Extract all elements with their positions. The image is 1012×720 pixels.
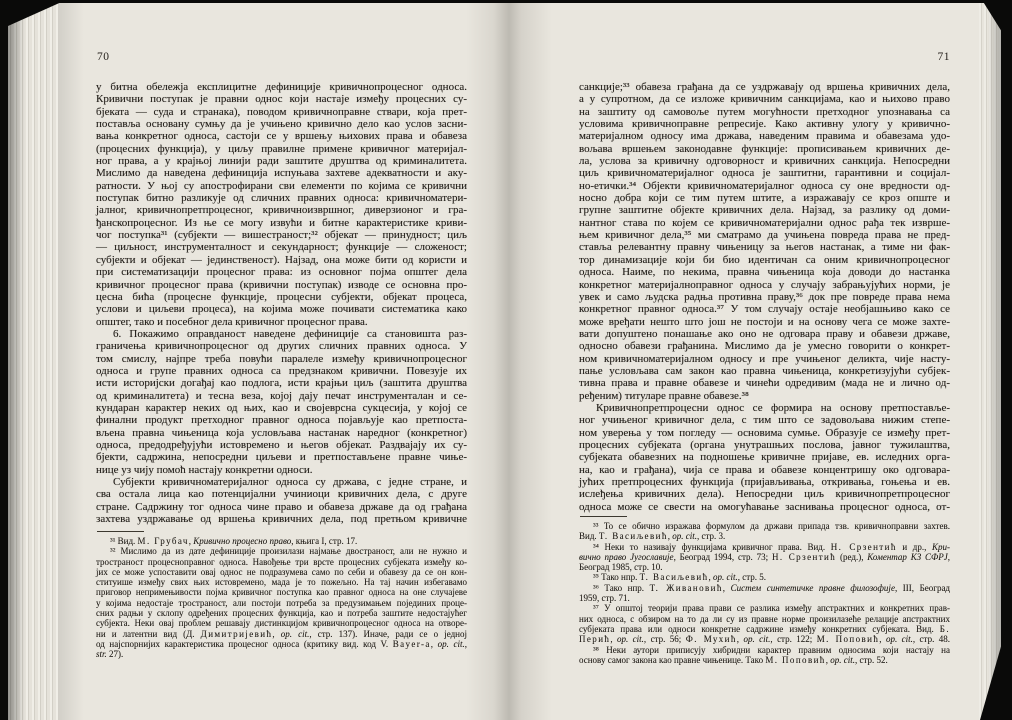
text-line: приговор непримењивости појма кривичног … bbox=[96, 587, 467, 597]
text-line: кундаран карактер неких од њих, као и св… bbox=[96, 402, 467, 414]
text-line: општег, тако и посебног дела кривичног п… bbox=[96, 316, 467, 328]
text-line: ислеђења кривичних дела). Непосредни циљ… bbox=[579, 488, 950, 500]
text-line: јалног, кривичнопретпроцесног, кривичнои… bbox=[96, 204, 467, 216]
text-line: вично право Југославије, Београд 1994, с… bbox=[579, 552, 950, 562]
text-line: 6. Покажимо оправданост наведене дефиниц… bbox=[96, 328, 467, 340]
text-line: односа. Наиме, по некима, правна чињениц… bbox=[579, 266, 950, 278]
text-line: у битна обележја експлицитне дефиниције … bbox=[96, 81, 467, 93]
text-line: субјеката обавезних на подношење кривичн… bbox=[579, 451, 950, 463]
text-line: ³³ То се обично изражава формулом да држ… bbox=[579, 521, 950, 531]
text-line: пање условљава сам закон као правна чиње… bbox=[579, 365, 950, 377]
text-line: ³⁴ Неки то називају функцијама кривичног… bbox=[579, 542, 950, 552]
text-line: основу самог закона као правне чињенице.… bbox=[579, 655, 950, 665]
text-line: вљена правна чињеница која условљава нас… bbox=[96, 427, 467, 439]
book-scan: 70 у битна обележја експлицитне дефиници… bbox=[0, 0, 1012, 720]
text-line: граничења кривичнопроцесног од других сл… bbox=[96, 340, 467, 352]
text-line: сва остала лица као потенцијални учиниоц… bbox=[96, 488, 467, 500]
text-line: ³⁶ Тако нпр. Т. Живановић, Систем синтет… bbox=[579, 583, 950, 593]
text-line: од најспорнијих карактеристика процесног… bbox=[96, 639, 467, 649]
text-line: ³⁸ Неки аутори приписују хибридни каракт… bbox=[579, 645, 950, 655]
text-line: материјалном односу има држава, наведени… bbox=[579, 130, 950, 142]
text-line: Кривичнопретпроцесни однос се формира на… bbox=[579, 402, 950, 414]
text-line: Београд 1985, стр. 10. bbox=[579, 562, 950, 572]
text-line: бјекти, садржина, непосредни циљеви и пр… bbox=[96, 451, 467, 463]
text-line: вања конкретног односа, састоји се у врш… bbox=[96, 130, 467, 142]
text-line: конкретног правног односа.³⁷ У том случа… bbox=[579, 303, 950, 315]
text-line: нантног става по којем се кривичноматери… bbox=[579, 217, 950, 229]
text-line: односно обавези грађанина. Мислимо да је… bbox=[579, 340, 950, 352]
page-stack-right-edge bbox=[979, 0, 1001, 720]
text-line: ³⁷ У општој теорији права прави се разли… bbox=[579, 603, 950, 613]
text-line: циљ кривичноматеријалног односа је зашти… bbox=[579, 167, 950, 179]
text-line: условима кривичноправне репресије. Како … bbox=[579, 118, 950, 130]
text-line: чог поступка³¹ (субјекти — вишестраност;… bbox=[96, 229, 467, 241]
text-line: вати допуштено понашање ако оно не одгов… bbox=[579, 328, 950, 340]
text-line: на заштиту од самовоље путем могућности … bbox=[579, 106, 950, 118]
page-right-footnotes: ³³ То се обично изражава формулом да држ… bbox=[579, 521, 950, 665]
page-number-left: 70 bbox=[97, 51, 110, 63]
scan-top-edge bbox=[0, 0, 1012, 3]
text-line: них односа, с обзиром на то да ли су из … bbox=[579, 614, 950, 624]
text-line: јих се може успоставити овај однос не по… bbox=[96, 567, 467, 577]
page-stack-left-edge bbox=[8, 0, 58, 720]
text-line: вољава вршењем законодавне функције: про… bbox=[579, 143, 950, 155]
text-line: односа и групе правних односа са предзна… bbox=[96, 365, 467, 377]
text-line: ституише између свих њих истовремено, ма… bbox=[96, 577, 467, 587]
text-line: од криминалитета) и тесна веза, којој да… bbox=[96, 390, 467, 402]
text-line: ног права, а у крајњој линији ради зашти… bbox=[96, 155, 467, 167]
text-line: ла, услова за кривичну одговорност и кри… bbox=[579, 155, 950, 167]
text-line: str. 27). bbox=[96, 649, 467, 659]
text-line: јућих претпроцесних функција (пријављива… bbox=[579, 476, 950, 488]
text-line: Мислимо да наведена дефиниција испуњава … bbox=[96, 167, 467, 179]
text-line: тивна права и правне обавезе и чинећи од… bbox=[579, 377, 950, 389]
text-line: у којима недостаје тространост, али пост… bbox=[96, 598, 467, 608]
text-line: ³⁵ Тако нпр. Т. Васиљевић, op. cit., стр… bbox=[579, 572, 950, 582]
text-line: ног учињеног кривичног дела, с тим што с… bbox=[579, 414, 950, 426]
text-line: поставља основану сумњу да је учињено кр… bbox=[96, 118, 467, 130]
text-line: ном уверења у том погледу — основима сум… bbox=[579, 427, 950, 439]
text-line: ратности. У њој су апострофирани сви еле… bbox=[96, 180, 467, 192]
text-line: односа може се свести на омогућавање зас… bbox=[579, 501, 950, 513]
text-line: носно добра који се тим путем штите, а и… bbox=[579, 192, 950, 204]
text-line: санкције;³³ обавеза грађана да се уздржа… bbox=[579, 81, 950, 93]
text-line: ³¹ Вид. М. Грубач, Кривично процесно пра… bbox=[96, 536, 467, 546]
text-line: тор динамизације који би био идентичан с… bbox=[579, 254, 950, 266]
text-line: ђанскопроцесног. Из ње се могу извући и … bbox=[96, 217, 467, 229]
book-spread: 70 у битна обележја експлицитне дефиници… bbox=[8, 0, 1001, 720]
book-gutter bbox=[466, 0, 552, 720]
text-line: Вид. Т. Васиљевић, op. cit., стр. 3. bbox=[579, 531, 950, 541]
text-line: стране. Садржину тог односа чине право и… bbox=[96, 501, 467, 513]
text-line: захтева уздржавање од вршења кривичних д… bbox=[96, 513, 467, 525]
page-left-body-text: у битна обележја експлицитне дефиниције … bbox=[96, 81, 467, 525]
text-line: Перић, op. cit., стр. 56; Ф. Мухић, op. … bbox=[579, 634, 950, 644]
text-line: нице уз чију помоћ настају конкретни одн… bbox=[96, 464, 467, 476]
text-line: финални продукт претходног правног однос… bbox=[96, 414, 467, 426]
text-line: конкретног материјалноправног односа у с… bbox=[579, 279, 950, 291]
footnote-rule-left bbox=[97, 531, 144, 532]
text-line: субјекти и објекат — јединственост). Нај… bbox=[96, 254, 467, 266]
text-line: ређеним) титуларе правне обавезе.³⁸ bbox=[579, 390, 950, 402]
text-line: бјеката — суда и странака), поводом крив… bbox=[96, 106, 467, 118]
text-line: на, као и грађана), чија се права и обав… bbox=[579, 464, 950, 476]
text-line: (процесних функција), у циљу правилне пр… bbox=[96, 143, 467, 155]
text-line: кривичног процесног права (кривични пост… bbox=[96, 279, 467, 291]
text-line: услови и циљеви процеса), на којима може… bbox=[96, 303, 467, 315]
text-line: при систематизацији процесног права: из … bbox=[96, 266, 467, 278]
footnote-rule-right bbox=[580, 516, 627, 517]
text-line: ни и латентни вид (Д. Димитријевић, op. … bbox=[96, 629, 467, 639]
page-right-body-text: санкције;³³ обавеза грађана да се уздржа… bbox=[579, 81, 950, 513]
text-line: увек и само људска радња противна праву,… bbox=[579, 291, 950, 303]
text-line: цесна бића (процесне функције, процесни … bbox=[96, 291, 467, 303]
text-line: исти историјски догађај као подлога, ист… bbox=[96, 377, 467, 389]
text-line: групне заштитне објекте кривичних дела. … bbox=[579, 204, 950, 216]
text-line: ставља релевантну правну чињеницу за њег… bbox=[579, 241, 950, 253]
page-left-footnotes: ³¹ Вид. М. Грубач, Кривично процесно пра… bbox=[96, 536, 467, 660]
page-number-right: 71 bbox=[938, 51, 951, 63]
text-line: тространост процесноправног односа. Наво… bbox=[96, 557, 467, 567]
text-line: Кривични поступак је правни однос који н… bbox=[96, 93, 467, 105]
text-line: ³² Мислимо да из дате дефиниције произил… bbox=[96, 546, 467, 556]
text-line: том смислу, најпре треба повући паралеле… bbox=[96, 353, 467, 365]
text-line: сних радњи у склопу одређених процесних … bbox=[96, 608, 467, 618]
text-line: но-етички.³⁴ Објекти кривичноматеријално… bbox=[579, 180, 950, 192]
text-line: односа, предодређујући истовремено и њег… bbox=[96, 439, 467, 451]
text-line: може вређати нешто што још не постоји и … bbox=[579, 316, 950, 328]
text-line: поступак битно разликује од сличних прав… bbox=[96, 192, 467, 204]
text-line: а у супротном, да се изложе кривичним са… bbox=[579, 93, 950, 105]
text-line: субјекта. Неки овај проблем решавају дис… bbox=[96, 618, 467, 628]
text-line: 1959, стр. 71. bbox=[579, 593, 950, 603]
text-line: Субјекти кривичноматеријалног односа су … bbox=[96, 476, 467, 488]
text-line: — циљност, инструменталност и секундарно… bbox=[96, 241, 467, 253]
text-line: субјеката права или односи конкретне сад… bbox=[579, 624, 950, 634]
text-line: ном кривичноматеријалном односу и пре уч… bbox=[579, 353, 950, 365]
text-line: њем кривичног дела,³⁵ ми сматрамо да учи… bbox=[579, 229, 950, 241]
text-line: процесних субјеката (органа унутрашњих п… bbox=[579, 439, 950, 451]
